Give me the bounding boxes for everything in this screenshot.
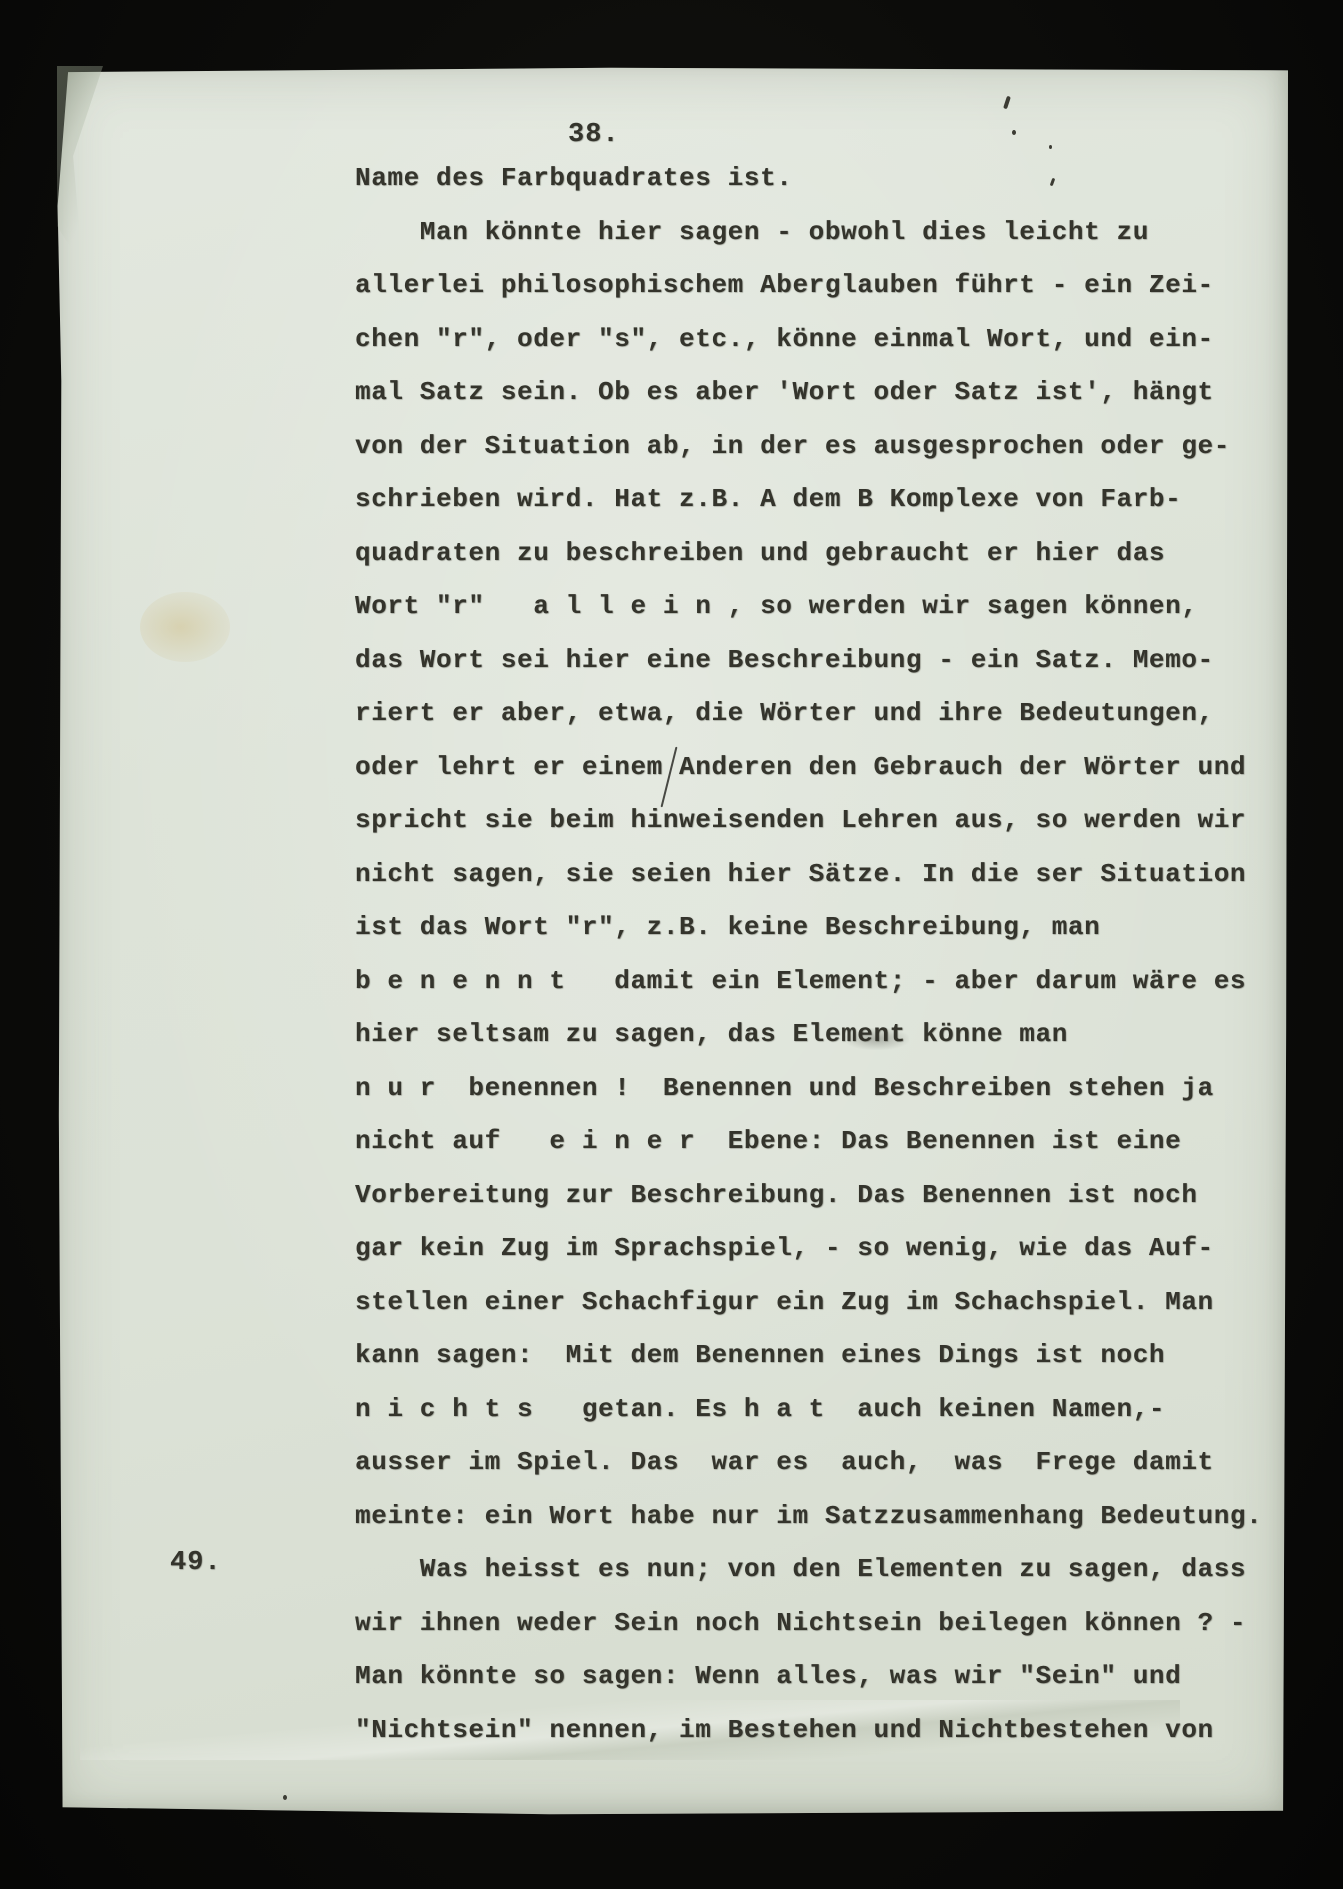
typed-line: schrieben wird. Hat z.B. A dem B Komplex… (355, 473, 1285, 527)
typed-line: b e n e n n t damit ein Element; - aber … (355, 955, 1285, 1009)
typed-line: wir ihnen weder Sein noch Nichtsein beil… (355, 1597, 1285, 1651)
typed-line: mal Satz sein. Ob es aber 'Wort oder Sat… (355, 366, 1285, 420)
typed-line: meinte: ein Wort habe nur im Satzzusamme… (355, 1490, 1285, 1544)
typed-line: n u r benennen ! Benennen und Beschreibe… (355, 1062, 1285, 1116)
typed-line: hier seltsam zu sagen, das Element könne… (355, 1008, 1285, 1062)
page-number: 38. (568, 120, 620, 150)
typed-line: quadraten zu beschreiben und gebraucht e… (355, 527, 1285, 581)
paper-stain (140, 592, 230, 662)
typed-line: Man könnte hier sagen - obwohl dies leic… (355, 206, 1285, 260)
typed-line: Wort "r" a l l e i n , so werden wir sag… (355, 580, 1285, 634)
ink-speck (1012, 130, 1016, 135)
scanned-photo-background: 38. 49. Name des Farbquadrates ist. Man … (0, 0, 1343, 1889)
typed-line: Man könnte so sagen: Wenn alles, was wir… (355, 1650, 1285, 1704)
typed-line: Was heisst es nun; von den Elementen zu … (355, 1543, 1285, 1597)
typed-line: spricht sie beim hinweisenden Lehren aus… (355, 794, 1285, 848)
typed-line: riert er aber, etwa, die Wörter und ihre… (355, 687, 1285, 741)
margin-section-number: 49. (170, 1548, 222, 1578)
typed-line: oder lehrt er einem Anderen den Gebrauch… (355, 741, 1285, 795)
typed-line: nicht sagen, sie seien hier Sätze. In di… (355, 848, 1285, 902)
typed-line: Vorbereitung zur Beschreibung. Das Benen… (355, 1169, 1285, 1223)
ink-speck (283, 1795, 287, 1800)
typed-line: gar kein Zug im Sprachspiel, - so wenig,… (355, 1222, 1285, 1276)
typed-line: das Wort sei hier eine Beschreibung - ei… (355, 634, 1285, 688)
typed-text-block: Name des Farbquadrates ist. Man könnte h… (355, 152, 1285, 1757)
typed-line: Name des Farbquadrates ist. (355, 152, 1285, 206)
typed-line: kann sagen: Mit dem Benennen eines Dings… (355, 1329, 1285, 1383)
typed-line: n i c h t s getan. Es h a t auch keinen … (355, 1383, 1285, 1437)
typed-line: "Nichtsein" nennen, im Bestehen und Nich… (355, 1704, 1285, 1758)
typed-line: ausser im Spiel. Das war es auch, was Fr… (355, 1436, 1285, 1490)
ink-speck (1049, 145, 1052, 149)
typed-line: von der Situation ab, in der es ausgespr… (355, 420, 1285, 474)
typed-line: nicht auf e i n e r Ebene: Das Benennen … (355, 1115, 1285, 1169)
typed-line: allerlei philosophischem Aberglauben füh… (355, 259, 1285, 313)
typed-line: chen "r", oder "s", etc., könne einmal W… (355, 313, 1285, 367)
typed-line: ist das Wort "r", z.B. keine Beschreibun… (355, 901, 1285, 955)
overtyped-ink-smudge (845, 1028, 909, 1050)
typed-line: stellen einer Schachfigur ein Zug im Sch… (355, 1276, 1285, 1330)
